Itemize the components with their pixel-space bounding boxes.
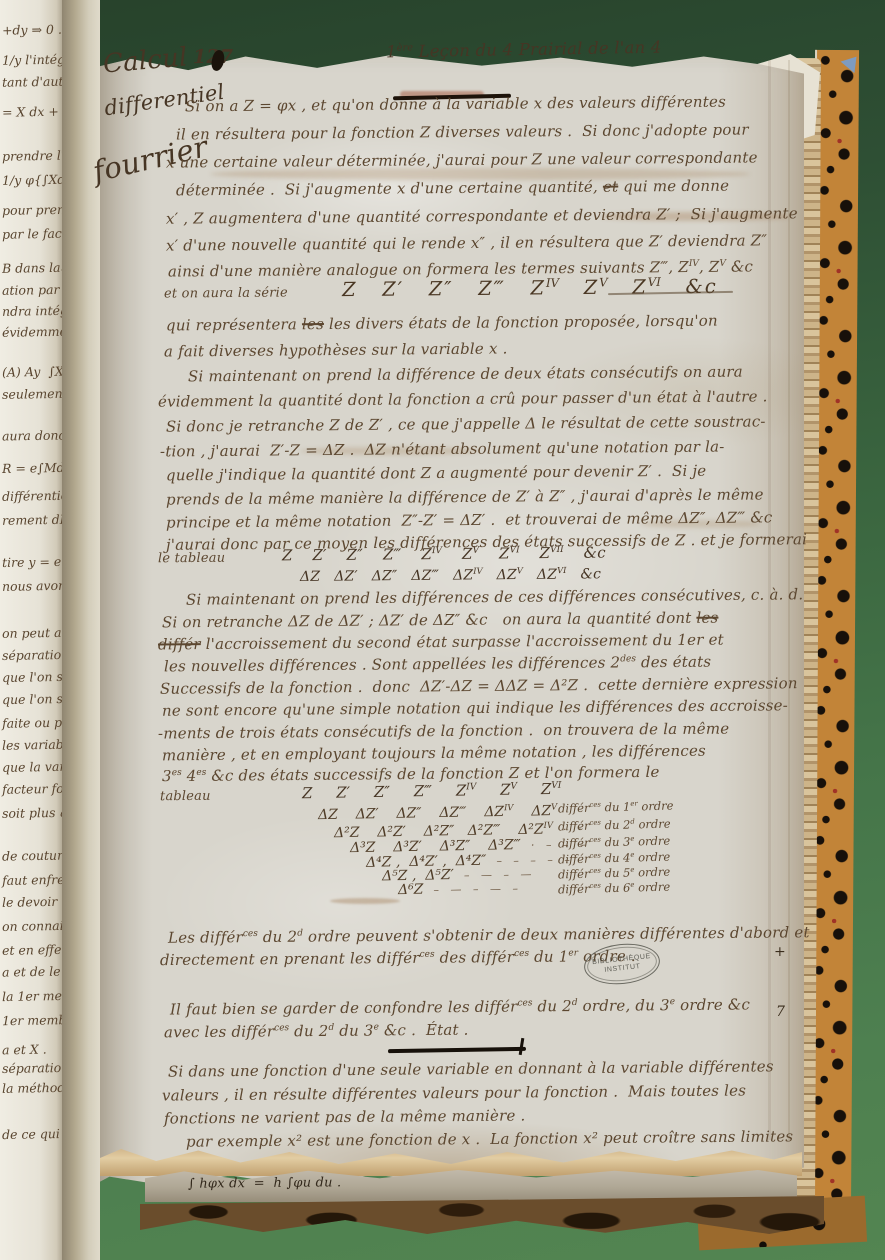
facing-page-text: seulement, il est [2,385,64,402]
struck-word: et [603,178,618,196]
facing-page-text: aura donc [2,427,64,443]
pen-cross-mark: + [774,944,786,960]
struck-word: différ [158,635,201,653]
facing-page-text: différentielle (A) [2,487,64,504]
facing-page-text: nous avons déjà [2,577,64,594]
facing-page-text: a et de le f [2,963,64,979]
facing-page-text: de coutume [2,847,64,863]
facing-page-text: séparation des var [2,646,64,663]
table-row: Z Z′ Z″ Z‴ ZIV ZV ZVI ZVII &c [282,544,606,565]
manuscript-line: fonctions ne varient pas de la même mani… [164,1106,526,1127]
facing-page-text: (A) Ay ∫Xdx [2,363,64,379]
ink-stain [330,898,400,904]
table-row-label: différces du 6e ordre [558,880,671,897]
facing-page-text: 1/y l'intégrat [2,51,64,67]
struck-word: les [696,609,718,627]
facing-page-text: la méthode des f [2,1079,64,1096]
facing-page-text: a et X . [2,1042,47,1058]
facing-page-edge: +dy ⇒ 0 . X d 1/y l'intégrat tant d'autr… [0,0,64,1260]
facing-page-text: prendre l'équ [2,147,64,163]
manuscript-line: avec les différces du 2d du 3e &c . État… [164,1021,469,1042]
manuscript-line: et on aura la série [164,285,288,301]
facing-page-text: tant d'autres [2,73,64,89]
facing-page-text: évidemment int [2,323,64,340]
facing-page-text: les variables f [2,736,64,753]
book-gutter [62,0,100,1260]
facing-page-text: faut enfreindre q [2,871,64,888]
table-row-label: différces du 3e ordre [558,834,671,851]
pen-mark: 7 [776,1004,785,1020]
stamp-line: BIBLIOTHÈQUE [592,952,652,968]
facing-page-text: le devoir maint [2,893,64,910]
table-row-label: différces du 2d ordre [558,817,671,834]
facing-page-text: que la variable f [2,758,64,775]
facing-page-text: ndra intégrable [2,302,64,319]
lesson-title: 1ère Leçon du 4 Prairial de l'an 4 [386,38,662,62]
facing-page-text: séparation des var [2,1059,64,1076]
series-line: Z Z′ Z″ Z‴ ZIV ZV ZVI &c [342,274,718,301]
facing-page-text: R = e∫Mdx dy + φ [2,459,64,476]
table-row: ΔZ ΔZ′ ΔZ″ ΔZ‴ ΔZIV ΔZV ΔZVI &c [300,565,601,585]
facing-page-text: que l'on substitue [2,668,64,685]
facing-page-text: et en effet . A de [2,941,64,958]
margin-note-tableau: le tableau [158,551,225,567]
facing-page-text: facteur fonction [2,780,64,797]
table-row-label: différces du 5e ordre [558,865,671,882]
manuscript-line: a fait diverses hypothèses sur la variab… [164,340,508,361]
facing-page-text: tire y = e⁻∫Mdx ∫ [2,553,64,570]
table-row: Δ⁶Z– — – — – [398,880,522,898]
facing-page-text: soit plus qu'un f [2,804,64,821]
facing-page-text: par le facteur [2,225,64,242]
margin-note-tableau: tableau [160,789,211,804]
struck-word: les [302,315,324,333]
manuscript-photo: +dy ⇒ 0 . X d 1/y l'intégrat tant d'autr… [0,0,885,1260]
facing-page-text: on peut aussi int [2,624,64,641]
stamp-line: INSTITUT [604,962,641,975]
facing-page-text: B dans laquelle [2,259,64,276]
footnote-formula: ∫ hφx dx = h ∫φu du . [188,1175,342,1191]
facing-page-text: 1er membre sera com [2,1011,64,1028]
facing-page-text: rement dB = -B [2,511,64,528]
facing-page-text: la 1er membre ce li [2,987,64,1004]
facing-page-text: +dy ⇒ 0 . X d [2,21,64,37]
facing-page-text: faite ou pareil [2,714,64,731]
facing-page-text: = X dx + dy/y [2,103,64,120]
facing-page-text: que l'on subst. c'est [2,690,64,707]
facing-page-text: 1/y φ{∫Xdx + ly [2,171,64,188]
facing-page-text: de ce qui nous ress [2,1125,64,1142]
facing-page-text: on connait nécess [2,917,64,934]
table-row-label: différces du 4e ordre [558,850,671,867]
facing-page-text: ation par le fact [2,281,64,298]
facing-page-text: pour prendre 1/y [2,201,64,218]
